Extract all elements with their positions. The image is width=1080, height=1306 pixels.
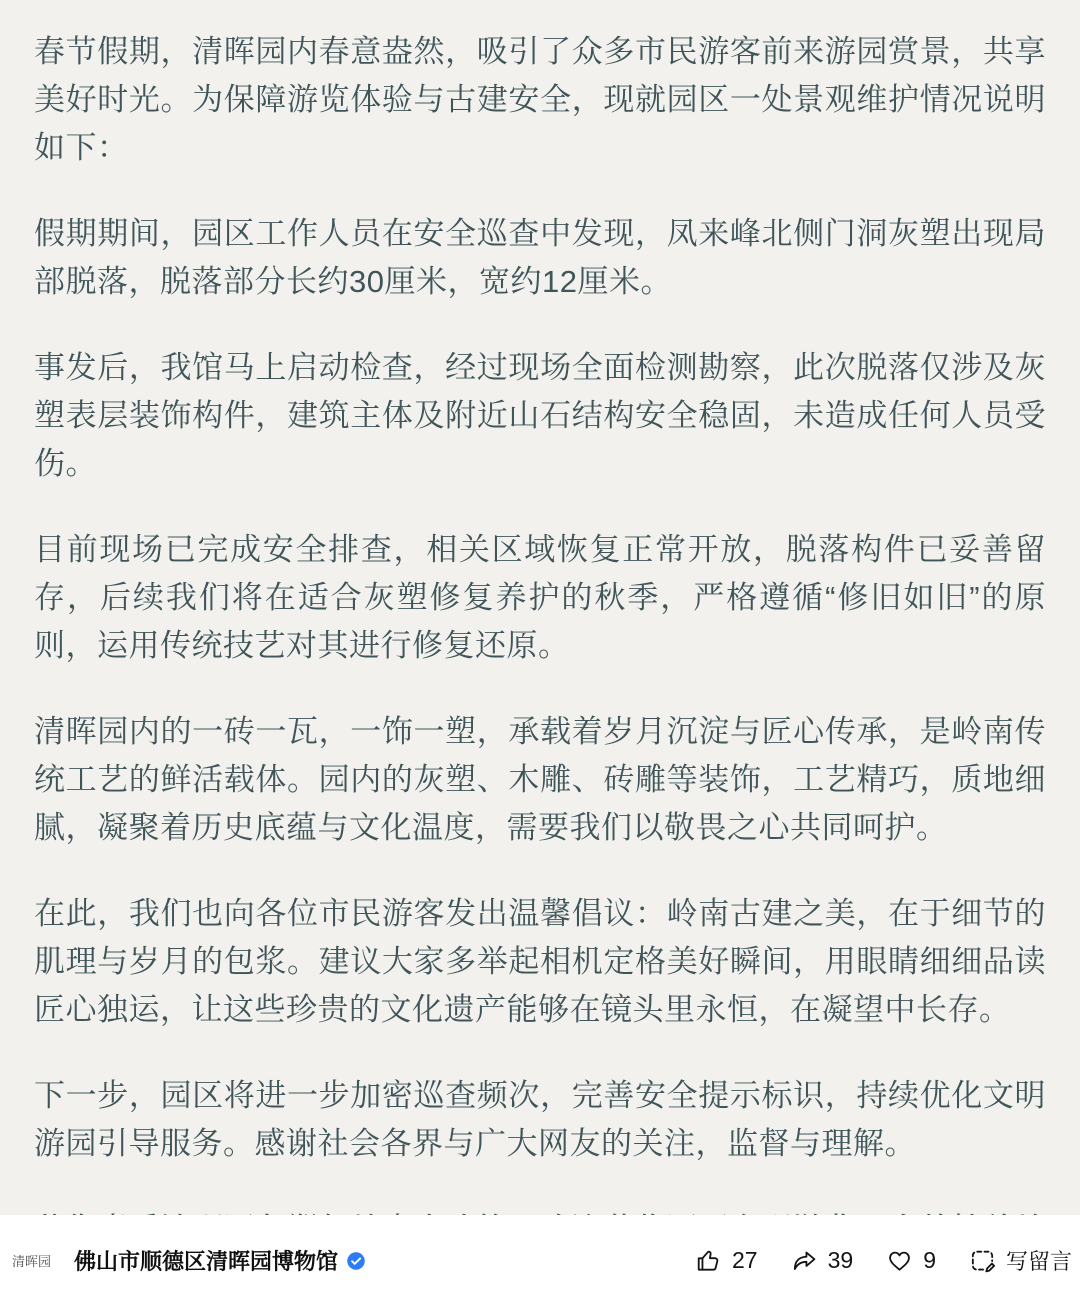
paragraph: 在此，我们也向各位市民游客发出温馨倡议：岭南古建之美，在于细节的肌理与岁月的包浆…	[34, 890, 1046, 1034]
article-actions: 27 39 9 写留言	[694, 1245, 1072, 1276]
like-button[interactable]: 27	[694, 1246, 758, 1275]
wow-count: 9	[923, 1247, 936, 1274]
wow-button[interactable]: 9	[885, 1246, 936, 1275]
paragraph: 下一步，园区将进一步加密巡查频次，完善安全提示标识，持续优化文明游园引导服务。感…	[34, 1072, 1046, 1168]
like-count: 27	[732, 1247, 758, 1274]
paragraph: 春节假期，清晖园内春意盎然，吸引了众多市民游客前来游园赏景，共享美好时光。为保障…	[34, 28, 1046, 172]
share-button[interactable]: 39	[790, 1246, 854, 1275]
thumbs-up-icon	[694, 1246, 723, 1275]
paragraph: 事发后，我馆马上启动检查，经过现场全面检测勘察，此次脱落仅涉及灰塑表层装饰构件，…	[34, 344, 1046, 488]
paragraph: 假期期间，园区工作人员在安全巡查中发现，凤来峰北侧门洞灰塑出现局部脱落，脱落部分…	[34, 210, 1046, 306]
heart-icon	[885, 1246, 914, 1275]
share-count: 39	[828, 1247, 854, 1274]
account-bar: 清晖园 佛山市顺德区清晖园博物馆 27 39	[0, 1215, 1080, 1306]
article-body: 春节假期，清晖园内春意盎然，吸引了众多市民游客前来游园赏景，共享美好时光。为保障…	[0, 0, 1080, 1215]
forward-arrow-icon	[790, 1246, 819, 1275]
comment-button[interactable]: 写留言	[968, 1245, 1072, 1276]
comment-label: 写留言	[1006, 1245, 1072, 1276]
write-comment-icon	[968, 1246, 997, 1275]
account-name[interactable]: 佛山市顺德区清晖园博物馆	[74, 1245, 338, 1276]
paragraph: 目前现场已完成安全排查，相关区域恢复正常开放，脱落构件已妥善留存，后续我们将在适…	[34, 526, 1046, 670]
article-page: 春节假期，清晖园内春意盎然，吸引了众多市民游客前来游园赏景，共享美好时光。为保障…	[0, 0, 1080, 1306]
paragraph: 清晖园内的一砖一瓦，一饰一塑，承载着岁月沉淀与匠心传承，是岭南传统工艺的鲜活载体…	[34, 708, 1046, 852]
paragraph: 若您喜爱清晖园灰塑与岭南古建筑，欢迎莅临园区参观游览，多款精美岭南文化元素文创产…	[34, 1206, 1046, 1215]
verified-badge-icon	[346, 1251, 366, 1271]
account-logo: 清晖园	[12, 1251, 60, 1270]
